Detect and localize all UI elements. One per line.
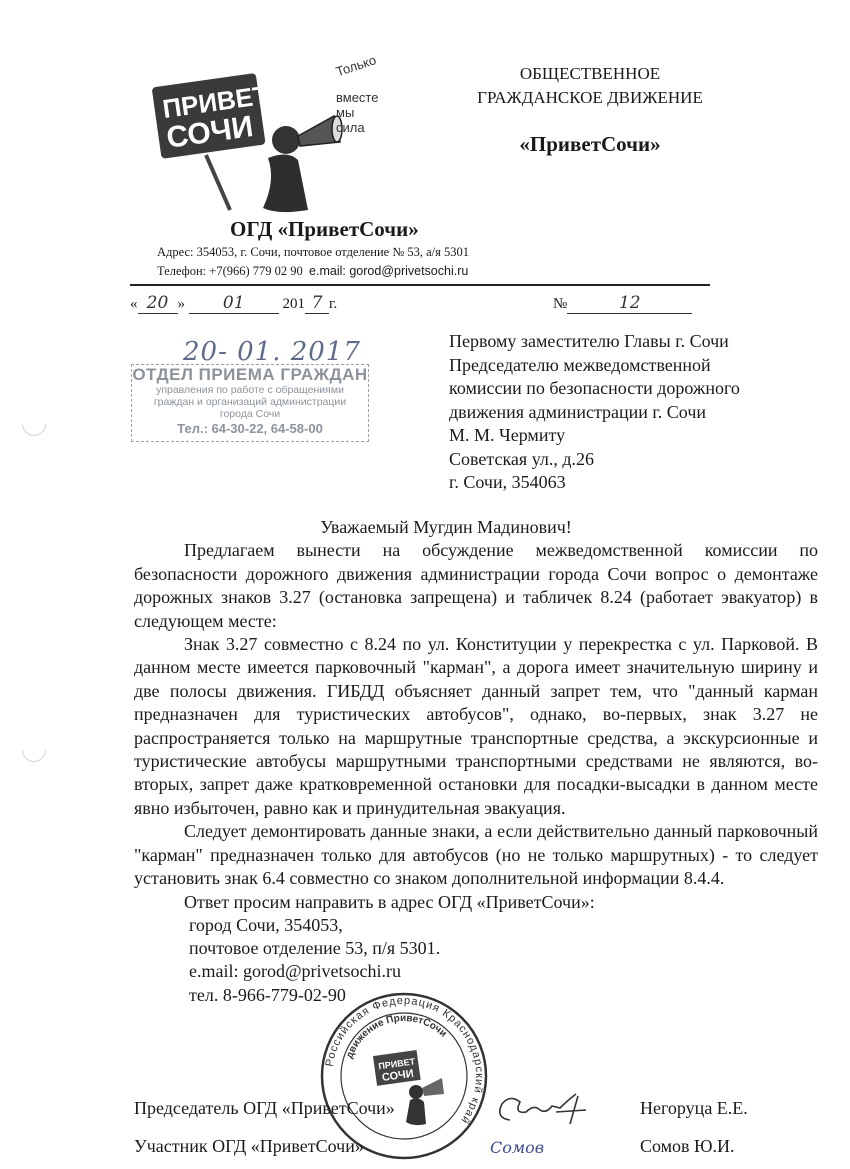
number-value: 12 <box>567 293 692 314</box>
receipt-stamp-date: 20- 01. 2017 <box>183 337 361 367</box>
org-address: Адрес: 354053, г. Сочи, почтовое отделен… <box>157 243 469 262</box>
reply-address-line: тел. 8-966-779-02-90 <box>189 984 818 1007</box>
addressee-line: М. М. Чермиту <box>449 424 740 448</box>
addressee-line: Председателю межведомственной <box>449 354 740 378</box>
signatory-role-member: Участник ОГД «ПриветСочи» <box>134 1136 364 1157</box>
chairman-signature <box>490 1090 600 1130</box>
org-email: e.mail: gorod@privetsochi.ru <box>309 264 468 278</box>
letter-body: Уважаемый Мугдин Мадинович! Предлагаем в… <box>134 516 818 1007</box>
header-divider <box>130 284 710 286</box>
quote-close: » <box>178 296 186 312</box>
date-month: 01 <box>189 293 279 314</box>
receipt-stamp-line: управления по работе с обращениями <box>132 384 368 396</box>
slogan-line: сила <box>336 120 378 135</box>
body-paragraph: Знак 3.27 совместно с 8.24 по ул. Консти… <box>134 633 818 820</box>
date-number-line: «20» 01 2017г. №12 <box>130 293 720 314</box>
megaphone-man-icon: ПРИВЕТ СОЧИ <box>148 60 408 215</box>
greeting: Уважаемый Мугдин Мадинович! <box>134 516 818 539</box>
receipt-stamp: ОТДЕЛ ПРИЕМА ГРАЖДАН управления по работ… <box>131 364 369 442</box>
punch-hole-bottom <box>17 733 51 767</box>
receipt-stamp-line: граждан и организаций администрации <box>132 396 368 408</box>
receipt-stamp-line: города Сочи <box>132 408 368 420</box>
org-type-line1: ОБЩЕСТВЕННОЕ <box>455 62 725 86</box>
addressee-line: Советская ул., д.26 <box>449 448 740 472</box>
org-type-line2: ГРАЖДАНСКОЕ ДВИЖЕНИЕ <box>455 86 725 110</box>
addressee-line: движения администрации г. Сочи <box>449 401 740 425</box>
body-paragraph: Предлагаем вынести на обсуждение межведо… <box>134 539 818 633</box>
receipt-stamp-phones: Тел.: 64-30-22, 64-58-00 <box>132 421 368 437</box>
handwritten-signature-icon <box>490 1090 600 1130</box>
signatory-role-chairman: Председатель ОГД «ПриветСочи» <box>134 1098 395 1119</box>
addressee-line: г. Сочи, 354063 <box>449 471 740 495</box>
org-header: ОБЩЕСТВЕННОЕ ГРАЖДАНСКОЕ ДВИЖЕНИЕ «Приве… <box>455 62 725 156</box>
org-title: ОГД «ПриветСочи» <box>230 217 419 242</box>
addressee-block: Первому заместителю Главы г. Сочи Предсе… <box>449 330 740 495</box>
receipt-stamp-title: ОТДЕЛ ПРИЕМА ГРАЖДАН <box>132 366 368 384</box>
org-contacts: Адрес: 354053, г. Сочи, почтовое отделен… <box>157 243 469 281</box>
body-paragraph: Ответ просим направить в адрес ОГД «Прив… <box>134 891 818 914</box>
member-signature: Сомов <box>490 1138 560 1168</box>
body-paragraph: Следует демонтировать данные знаки, а ес… <box>134 820 818 890</box>
org-name: «ПриветСочи» <box>455 132 725 156</box>
quote-open: « <box>130 296 138 312</box>
addressee-line: Первому заместителю Главы г. Сочи <box>449 330 740 354</box>
signatory-name-chairman: Негоруца Е.Е. <box>640 1098 748 1119</box>
reply-address-line: город Сочи, 354053, <box>189 914 818 937</box>
date-year-unit: г. <box>329 296 337 312</box>
slogan-line: вместе <box>336 90 378 105</box>
addressee-line: комиссии по безопасности дорожного <box>449 377 740 401</box>
logo-slogan-rest: вместе мы сила <box>336 90 378 135</box>
date-day: 20 <box>138 293 178 314</box>
doc-number: №12 <box>553 293 692 314</box>
date-year-suffix: 7 <box>305 293 329 314</box>
signatory-name-member: Сомов Ю.И. <box>640 1136 735 1157</box>
privetsochi-logo: ПРИВЕТ СОЧИ Только вместе мы сила <box>148 60 408 215</box>
number-label: № <box>553 296 567 312</box>
reply-address-line: e.mail: gorod@privetsochi.ru <box>189 960 818 983</box>
reply-address-line: почтовое отделение 53, п/я 5301. <box>189 937 818 960</box>
date-year-prefix: 201 <box>283 296 306 312</box>
slogan-line: мы <box>336 105 378 120</box>
punch-hole-top <box>17 407 51 441</box>
org-phone: Телефон: +7(966) 779 02 90 <box>157 264 303 278</box>
